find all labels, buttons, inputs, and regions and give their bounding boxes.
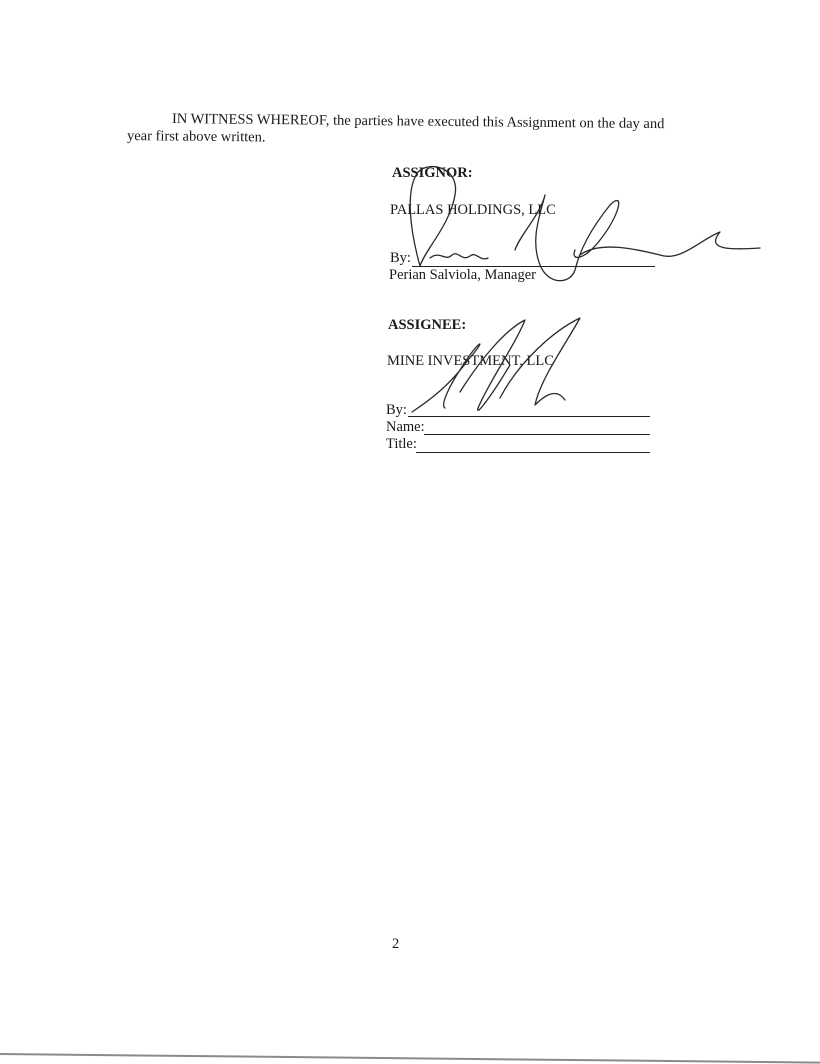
assignee-name-label: Name: xyxy=(386,419,425,435)
assignee-by-line xyxy=(408,416,650,417)
assignee-by-label: By: xyxy=(386,402,407,418)
page-scan-edge xyxy=(0,1053,820,1064)
assignor-by-label: By: xyxy=(390,250,411,266)
page-number: 2 xyxy=(392,936,399,952)
assignee-title-label: Title: xyxy=(386,436,417,452)
assignor-signer-name: Perian Salviola, Manager xyxy=(389,267,536,283)
assignee-entity: MINE INVESTMENT, LLC xyxy=(387,353,554,369)
assignee-name-line xyxy=(424,434,650,435)
assignor-heading: ASSIGNOR: xyxy=(392,165,473,181)
assignee-heading: ASSIGNEE: xyxy=(388,317,466,333)
signature-strokes xyxy=(0,0,820,1064)
assignor-signature xyxy=(410,167,760,281)
assignee-title-line xyxy=(416,452,650,453)
witness-clause-line2: year first above written. xyxy=(127,128,266,145)
assignor-entity: PALLAS HOLDINGS, LLC xyxy=(390,202,556,218)
